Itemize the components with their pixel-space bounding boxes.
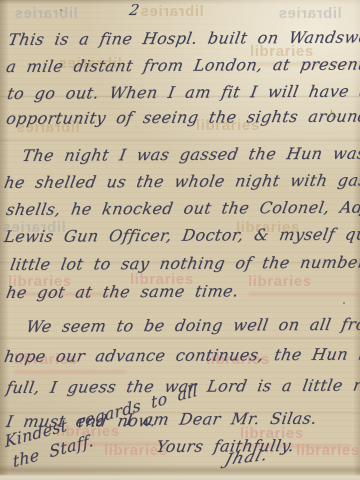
handwriting-line: he got at the same time. bbox=[5, 281, 240, 302]
handwriting-line: The night I was gassed the Hun was very … bbox=[21, 143, 360, 165]
ink-speck bbox=[60, 9, 62, 11]
closing-address: I am Dear Mr. Silas. bbox=[125, 409, 319, 429]
handwriting-line: opportunity of seeing the sights around … bbox=[5, 106, 360, 128]
watermark-subtext-bar bbox=[14, 370, 126, 374]
letter-page: libraries libraries libraries libraries … bbox=[0, 0, 360, 480]
handwriting-line: shells, he knocked out the Colonel, Adju… bbox=[5, 197, 360, 219]
paper-crease bbox=[0, 140, 360, 141]
paper-bottom-edge bbox=[0, 464, 360, 480]
handwriting-line: hope our advance continues, the Hun has … bbox=[3, 344, 360, 366]
handwriting-line: he shelled us the whole night with gas a… bbox=[3, 170, 360, 192]
watermark: libraries bbox=[296, 443, 360, 458]
watermark: libraries bbox=[14, 6, 78, 21]
ink-speck bbox=[343, 302, 345, 304]
watermark: libraries bbox=[278, 6, 342, 21]
handwriting-line: little lot to say nothing of the number … bbox=[9, 252, 360, 274]
handwriting-line: a mile distant from London, at present I… bbox=[5, 54, 360, 76]
handwriting-line: This is a fine Hospl. built on Wandswort… bbox=[7, 27, 360, 49]
watermark: libraries bbox=[140, 4, 204, 19]
handwriting-line: to go out. When I am fit I will have a f… bbox=[6, 81, 360, 103]
pencil-mark: h. bbox=[328, 110, 338, 120]
handwriting-line: Lewis Gun Officer, Doctor, & myself quit… bbox=[3, 224, 360, 246]
watermark: libraries bbox=[248, 274, 360, 296]
handwriting-line: We seem to be doing well on all fronts. … bbox=[25, 314, 360, 336]
watermark-subtext-bar bbox=[248, 292, 360, 296]
paper-crease bbox=[0, 338, 360, 339]
page-number: 2 bbox=[128, 1, 141, 19]
valediction: Yours faithfully. bbox=[155, 436, 296, 456]
